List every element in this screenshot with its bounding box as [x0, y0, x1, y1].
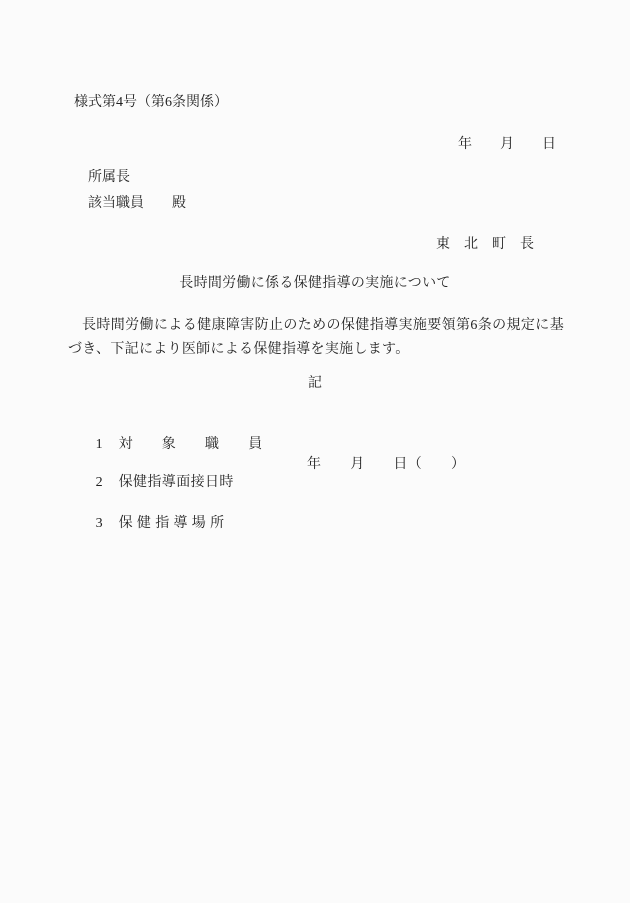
- item-label-interview-datetime: 保健指導面接日時: [119, 475, 234, 490]
- item-guidance-location: 3保 健 指 導 場 所: [80, 497, 560, 550]
- item-label-target-staff: 対 象 職 員: [119, 437, 263, 452]
- body-paragraph-line-2: づき、下記により医師による保健指導を実施します。: [68, 338, 564, 362]
- item-value-interview-datetime: 年 月 日（ ）: [307, 456, 465, 474]
- item-number: 1: [96, 436, 119, 454]
- record-marker: 記: [0, 375, 630, 393]
- form-number: 様式第4号（第6条関係）: [74, 94, 228, 112]
- document-page: 様式第4号（第6条関係） 年 月 日 所属長 該当職員 殿 東 北 町 長 長時…: [0, 0, 630, 903]
- item-label-guidance-location: 保 健 指 導 場 所: [119, 516, 225, 531]
- item-number: 3: [96, 515, 119, 533]
- document-title: 長時間労働に係る保健指導の実施について: [0, 275, 630, 293]
- addressee-staff-honorific: 該当職員 殿: [88, 195, 186, 213]
- item-number: 2: [96, 474, 119, 492]
- addressee-affiliation-head: 所属長: [88, 169, 130, 187]
- body-paragraph-line-1: 長時間労働による健康障害防止のための保健指導実施要領第6条の規定に基: [68, 314, 564, 338]
- date-field: 年 月 日: [458, 136, 556, 154]
- sender-town-mayor: 東 北 町 長: [436, 236, 534, 254]
- body-paragraph: 長時間労働による健康障害防止のための保健指導実施要領第6条の規定に基 づき、下記…: [68, 314, 564, 361]
